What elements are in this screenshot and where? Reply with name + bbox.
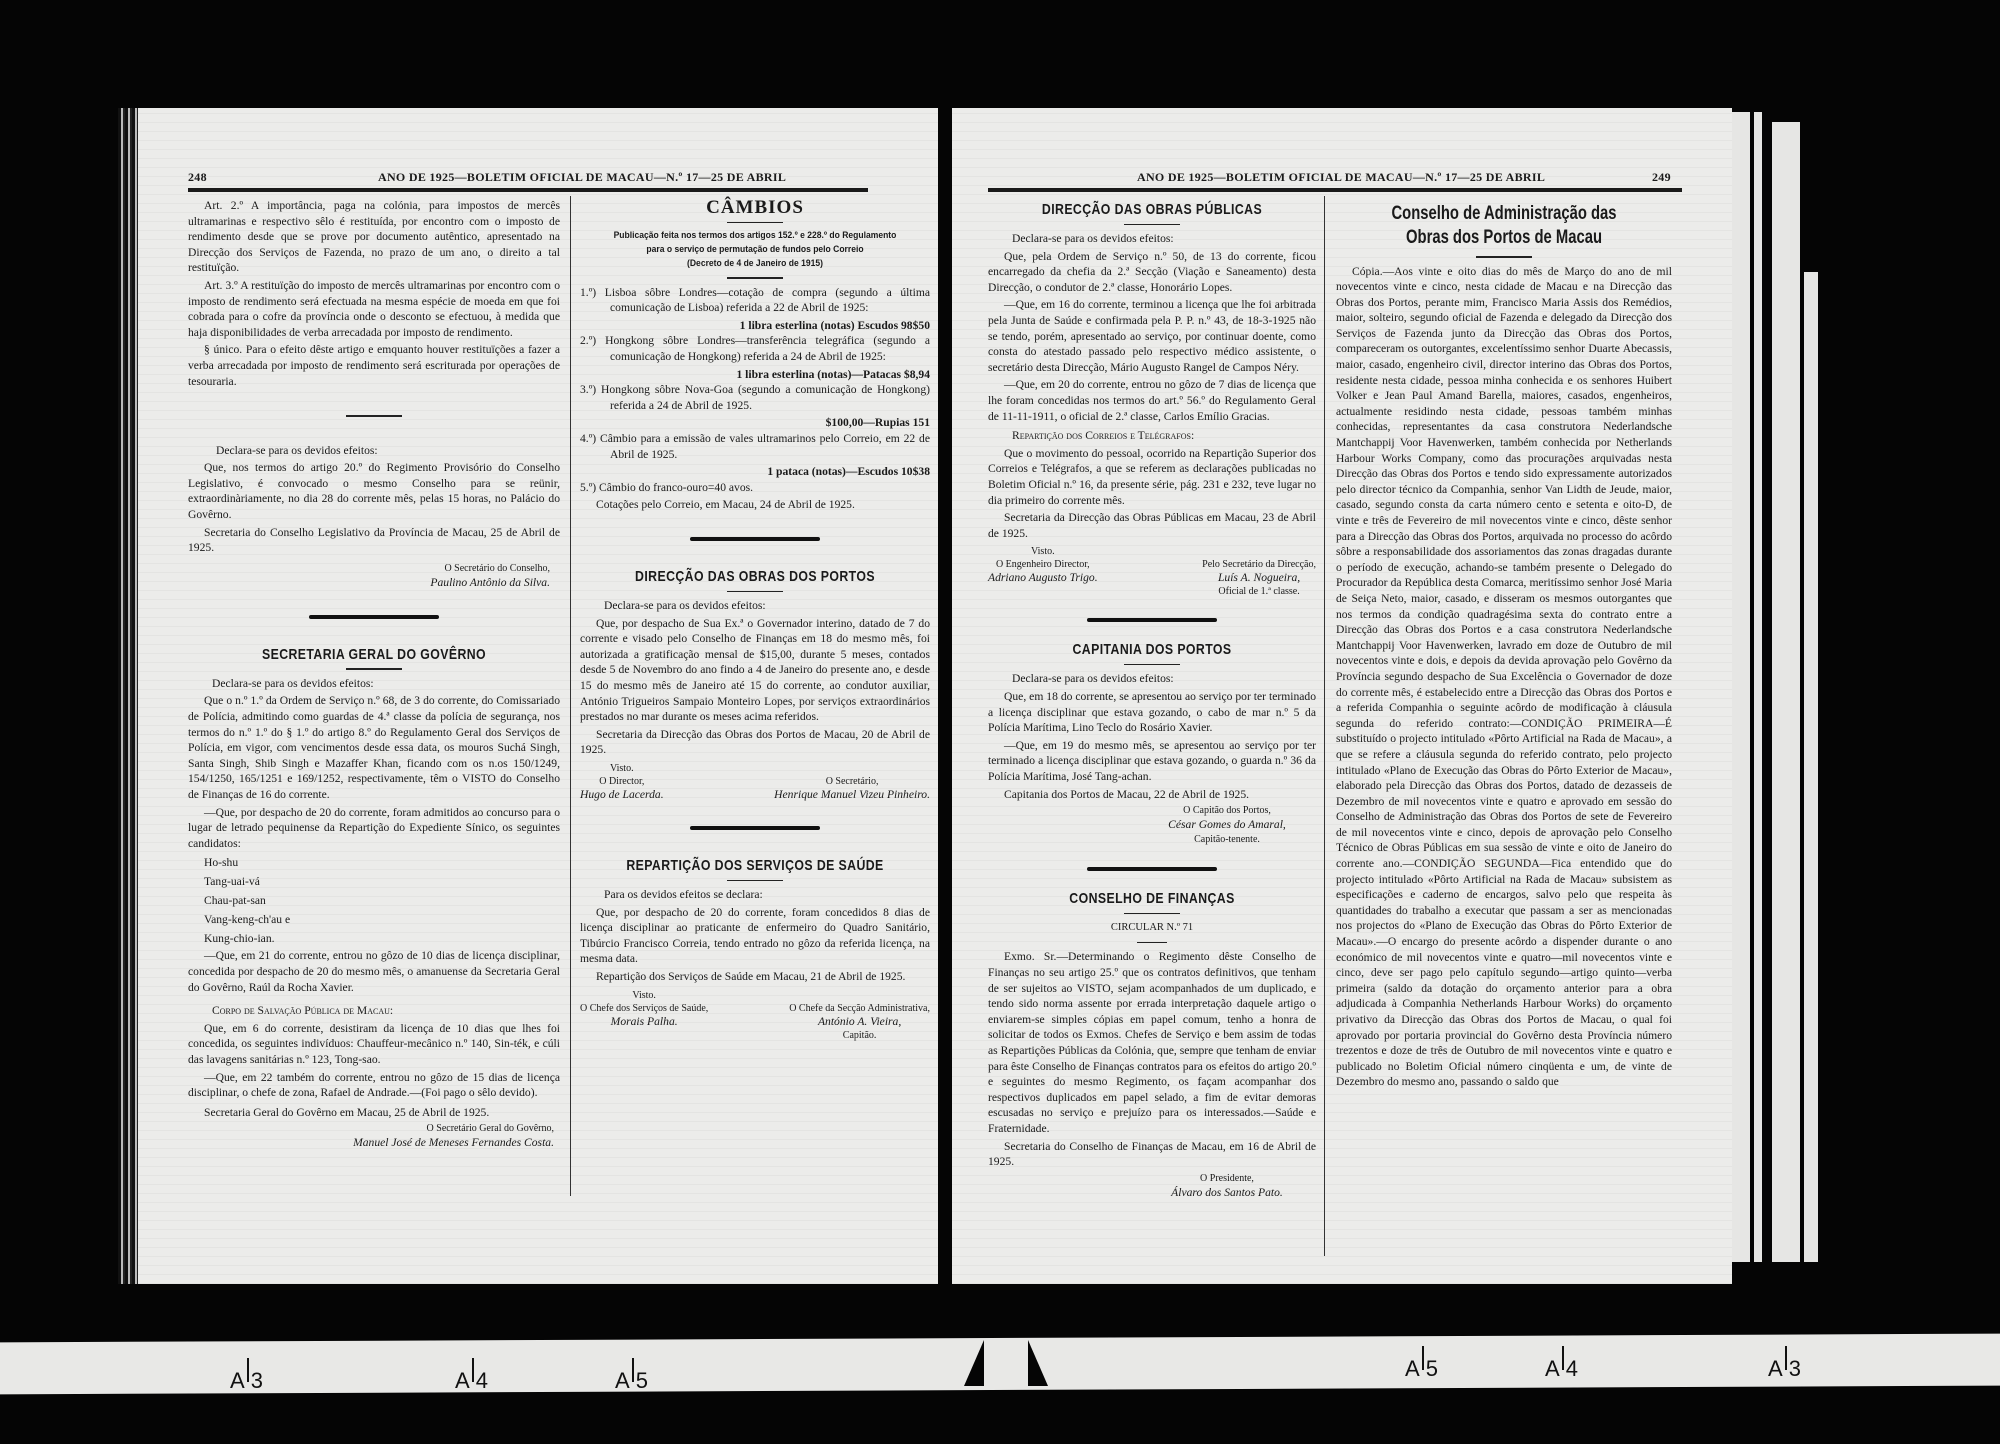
signatory-name: Paulino Antônio da Silva. [430, 576, 550, 589]
section-heading-financas: CONSELHO DE FINANÇAS [1018, 891, 1287, 907]
candidate: Ho-shu [188, 853, 560, 872]
secretaria-paragraph-1: Que o n.º 1.º da Ordem de Serviço n.º 68… [188, 693, 560, 802]
section-heading-conselho-administracao: Conselho de Administração das Obras dos … [1373, 202, 1635, 250]
saude-intro: Para os devidos efeitos se declara: [580, 887, 930, 903]
divider [727, 591, 783, 593]
frame-mark: A4 [455, 1358, 488, 1394]
exchange-rates-list: 1.º) Lisboa sôbre Londres—cotação de com… [580, 285, 930, 496]
correios-heading: Repartição dos Correios e Telégrafos: [988, 428, 1316, 444]
left-page-column-1: Art. 2.º A importância, paga na colónia,… [188, 198, 560, 1151]
candidate: Chau-pat-san [188, 891, 560, 910]
saude-body: Que, por despacho de 20 do corrente, for… [580, 905, 930, 967]
signatory-name: Luís A. Nogueira, [1218, 571, 1300, 584]
header-rule [188, 188, 868, 192]
section-rule [1087, 867, 1217, 871]
candidate: Tang-uai-vá [188, 872, 560, 891]
section-heading-capitania: CAPITANIA DOS PORTOS [1018, 642, 1287, 658]
corpo-heading: Corpo de Salvação Pública de Macau: [188, 1003, 560, 1019]
obras-paragraph-3: —Que, em 20 do corrente, entrou no gôzo … [988, 377, 1316, 424]
divider [727, 880, 783, 882]
exchange-rate-amount: 1 libra esterlina (notas) Escudos 98$50 [580, 318, 930, 334]
section-rule [1087, 618, 1217, 622]
section-heading-obras-publicas: DIRECÇÃO DAS OBRAS PÚBLICAS [1018, 202, 1287, 218]
saude-signatures: Visto.O Chefe dos Serviços de Saúde,Mora… [580, 989, 930, 1042]
page-edges [1732, 112, 1842, 1262]
column-divider [1324, 196, 1325, 1256]
signatory-name: César Gomes do Amaral, [1168, 818, 1286, 831]
divider [1137, 942, 1167, 944]
corpo-paragraph-1: Que, em 6 do corrente, desistiram da lic… [188, 1021, 560, 1068]
candidate: Kung-chio-ian. [188, 929, 560, 948]
correios-paragraph: Que o movimento do pessoal, ocorrido na … [988, 446, 1316, 508]
circular-number: CIRCULAR N.º 71 [988, 920, 1316, 936]
capitania-intro: Declara-se para os devidos efeitos: [988, 671, 1316, 687]
secretaria-place-date: Secretaria Geral do Govêrno em Macau, 25… [188, 1105, 560, 1121]
financas-signature: O Presidente, Álvaro dos Santos Pato. [1138, 1172, 1316, 1201]
capitania-signature: O Capitão dos Portos, César Gomes do Ama… [1138, 804, 1316, 847]
exchange-rate-item: 1.º) Lisboa sôbre Londres—cotação de com… [580, 285, 930, 316]
divider [1476, 256, 1532, 258]
section-rule [690, 537, 820, 541]
signatory-name: Álvaro dos Santos Pato. [1171, 1186, 1283, 1199]
portos-signatures: Visto.O Director,Hugo de Lacerda. O Secr… [580, 762, 930, 802]
film-strip [0, 1334, 2000, 1395]
page-number: 248 [188, 170, 207, 185]
signatory-name: Manuel José de Meneses Fernandes Costa. [353, 1136, 554, 1149]
candidate: Vang-keng-ch'au e [188, 910, 560, 929]
conselho-intro: Declara-se para os devidos efeitos: [188, 443, 560, 459]
section-rule [690, 826, 820, 830]
cambios-subtitle: Publicação feita nos termos dos artigos … [598, 229, 913, 271]
running-title: ANO DE 1925—BOLETIM OFICIAL DE MACAU—N.º… [378, 170, 786, 185]
section-heading-obras-portos: DIRECÇÃO DAS OBRAS DOS PORTOS [612, 569, 899, 585]
divider [346, 668, 402, 670]
frame-mark: A5 [615, 1358, 648, 1394]
right-page-column-2: Conselho de Administração das Obras dos … [1336, 198, 1672, 1092]
corpo-paragraph-2: —Que, em 22 também do corrente, entrou n… [188, 1070, 560, 1101]
conselho-signature: O Secretário do Conselho, Paulino Antôni… [188, 562, 560, 591]
contract-body: Cópia.—Aos vinte e oito dias do mês de M… [1336, 264, 1672, 1090]
running-head: ANO DE 1925—BOLETIM OFICIAL DE MACAU—N.º… [952, 170, 1732, 188]
divider [727, 277, 783, 279]
divider [1124, 913, 1180, 915]
exchange-rate-item: 5.º) Câmbio do franco-ouro=40 avos. [580, 480, 930, 496]
exchange-rate-item: 2.º) Hongkong sôbre Londres—transferênci… [580, 333, 930, 364]
obras-intro: Declara-se para os devidos efeitos: [988, 231, 1316, 247]
conselho-body: Que, nos termos do artigo 20.º do Regime… [188, 460, 560, 522]
secretaria-paragraph-2: —Que, por despacho de 20 do corrente, fo… [188, 805, 560, 852]
secretaria-signature: O Secretário Geral do Govêrno, Manuel Jo… [188, 1122, 560, 1151]
capitania-paragraph-1: Que, em 18 do corrente, se apresentou ao… [988, 689, 1316, 736]
running-title: ANO DE 1925—BOLETIM OFICIAL DE MACAU—N.º… [1137, 170, 1545, 185]
conselho-place-date: Secretaria do Conselho Legislativo da Pr… [188, 525, 560, 556]
page-number: 249 [1652, 170, 1671, 185]
section-heading-saude: REPARTIÇÃO DOS SERVIÇOS DE SAÚDE [612, 858, 899, 874]
right-page-column-1: DIRECÇÃO DAS OBRAS PÚBLICAS Declara-se p… [988, 198, 1316, 1201]
obras-place-date: Secretaria da Direcção das Obras Pública… [988, 510, 1316, 541]
portos-place-date: Secretaria da Direcção das Obras dos Por… [580, 727, 930, 758]
secretaria-paragraph-3: —Que, em 21 do corrente, entrou no gôzo … [188, 948, 560, 995]
exchange-rate-amount: $100,00—Rupias 151 [580, 415, 930, 431]
financas-place-date: Secretaria do Conselho de Finanças de Ma… [988, 1139, 1316, 1170]
secretaria-intro: Declara-se para os devidos efeitos: [188, 676, 560, 692]
section-rule [309, 615, 439, 619]
obras-paragraph-2: —Que, em 16 do corrente, terminou a lice… [988, 297, 1316, 375]
frame-mark: A5 [1405, 1346, 1438, 1382]
saude-place-date: Repartição dos Serviços de Saúde em Maca… [580, 969, 930, 985]
article-3: Art. 3.º A restituïção do imposto de mer… [188, 278, 560, 340]
exchange-rate-item: 4.º) Câmbio para a emissão de vales ultr… [580, 431, 930, 462]
exchange-rate-amount: 1 libra esterlina (notas)—Patacas $8,94 [580, 367, 930, 383]
running-head: 248 ANO DE 1925—BOLETIM OFICIAL DE MACAU… [138, 170, 938, 188]
divider [1124, 664, 1180, 666]
signatory-name: António A. Vieira, [818, 1015, 901, 1028]
frame-mark: A3 [1768, 1346, 1801, 1382]
divider [727, 222, 783, 224]
page-249: ANO DE 1925—BOLETIM OFICIAL DE MACAU—N.º… [952, 108, 1732, 1284]
obras-signatures: Visto.O Engenheiro Director,Adriano Augu… [988, 545, 1316, 598]
column-divider [570, 196, 571, 1196]
signatory-name: Adriano Augusto Trigo. [988, 571, 1098, 584]
financas-body: Exmo. Sr.—Determinando o Regimento dêste… [988, 949, 1316, 1136]
obras-paragraph-1: Que, pela Ordem de Serviço n.º 50, de 13… [988, 249, 1316, 296]
fold-marker [1028, 1340, 1048, 1386]
signatory-name: Henrique Manuel Vizeu Pinheiro. [774, 788, 930, 801]
divider [1124, 224, 1180, 226]
article-2: Art. 2.º A importância, paga na colónia,… [188, 198, 560, 276]
candidates-list: Ho-shu Tang-uai-vá Chau-pat-san Vang-ken… [188, 853, 560, 948]
section-heading-secretaria: SECRETARIA GERAL DO GOVÊRNO [221, 647, 526, 663]
signatory-name: Hugo de Lacerda. [580, 788, 664, 801]
portos-body: Que, por despacho de Sua Ex.ª o Governad… [580, 616, 930, 725]
section-heading-cambios: CÂMBIOS [580, 200, 930, 216]
page-248: 248 ANO DE 1925—BOLETIM OFICIAL DE MACAU… [138, 108, 938, 1284]
left-page-column-2: CÂMBIOS Publicação feita nos termos dos … [580, 198, 930, 1042]
paragrafo-unico: § único. Para o efeito dêste artigo e em… [188, 342, 560, 389]
fold-marker [964, 1340, 984, 1386]
signatory-name: Morais Palha. [611, 1015, 678, 1028]
header-rule [988, 188, 1682, 192]
capitania-place-date: Capitania dos Portos de Macau, 22 de Abr… [988, 787, 1316, 803]
portos-intro: Declara-se para os devidos efeitos: [580, 598, 930, 614]
capitania-paragraph-2: —Que, em 19 do mesmo mês, se apresentou … [988, 738, 1316, 785]
frame-mark: A3 [230, 1358, 263, 1394]
exchange-rate-amount: 1 pataca (notas)—Escudos 10$38 [580, 464, 930, 480]
divider [346, 415, 402, 417]
frame-mark: A4 [1545, 1346, 1578, 1382]
cambios-footer: Cotações pelo Correio, em Macau, 24 de A… [580, 497, 930, 513]
book-binding [118, 108, 140, 1284]
exchange-rate-item: 3.º) Hongkong sôbre Nova-Goa (segundo a … [580, 382, 930, 413]
